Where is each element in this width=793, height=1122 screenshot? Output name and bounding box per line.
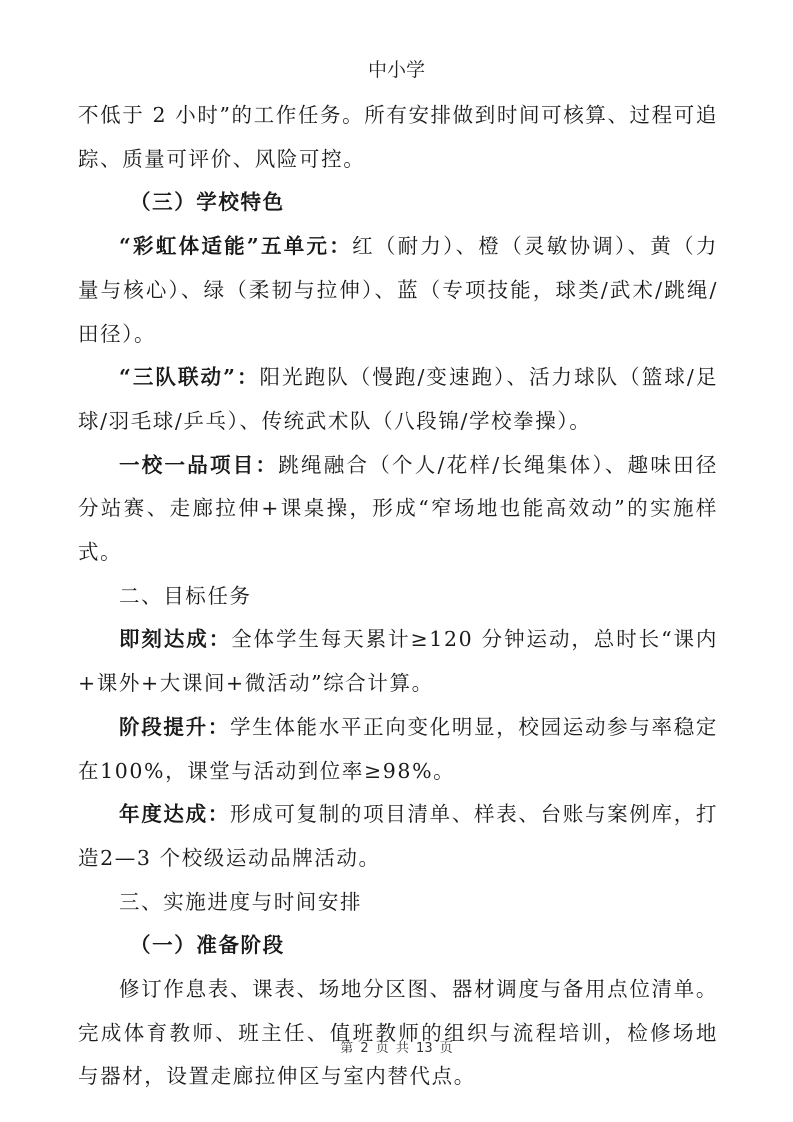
paragraph-stage-goal: 阶段提升：学生体能水平正向变化明显，校园运动参与率稳定在100%，课堂与活动到位…	[78, 706, 718, 793]
paragraph-continuation: 不低于 2 小时”的工作任务。所有安排做到时间可核算、过程可追踪、质量可评价、风…	[78, 94, 718, 181]
lead-annual-goal: 年度达成：	[119, 802, 230, 826]
page-header: 中小学	[0, 57, 793, 83]
paragraph-immediate-goal: 即刻达成：全体学生每天累计≥120 分钟运动，总时长“课内+课外+大课间+微活动…	[78, 618, 718, 705]
paragraph-preparation: 修订作息表、课表、场地分区图、器材调度与备用点位清单。完成体育教师、班主任、值班…	[78, 968, 718, 1099]
lead-immediate-goal: 即刻达成：	[119, 627, 231, 651]
heading-school-features: （三）学校特色	[78, 181, 718, 225]
lead-one-school-one-brand: 一校一品项目：	[119, 453, 278, 477]
paragraph-annual-goal: 年度达成：形成可复制的项目清单、样表、台账与案例库，打造2—3 个校级运动品牌活…	[78, 793, 718, 880]
paragraph-one-school-one-brand: 一校一品项目：跳绳融合（个人/花样/长绳集体）、趣味田径分站赛、走廊拉伸+课桌操…	[78, 444, 718, 575]
document-body: 不低于 2 小时”的工作任务。所有安排做到时间可核算、过程可追踪、质量可评价、风…	[78, 94, 718, 1099]
paragraph-rainbow-fitness: “彩虹体适能”五单元：红（耐力）、橙（灵敏协调）、黄（力量与核心）、绿（柔韧与拉…	[78, 225, 718, 356]
lead-three-teams: “三队联动”：	[119, 365, 260, 389]
heading-preparation-stage: （一）准备阶段	[78, 924, 718, 968]
heading-schedule: 三、实施进度与时间安排	[78, 881, 718, 925]
paragraph-three-teams: “三队联动”：阳光跑队（慢跑/变速跑）、活力球队（篮球/足球/羽毛球/乒乓）、传…	[78, 356, 718, 443]
page-footer: 第 2 页 共 13 页	[0, 1040, 793, 1058]
heading-goals: 二、目标任务	[78, 575, 718, 619]
lead-rainbow-fitness: “彩虹体适能”五单元：	[119, 234, 352, 258]
lead-stage-goal: 阶段提升：	[119, 715, 230, 739]
